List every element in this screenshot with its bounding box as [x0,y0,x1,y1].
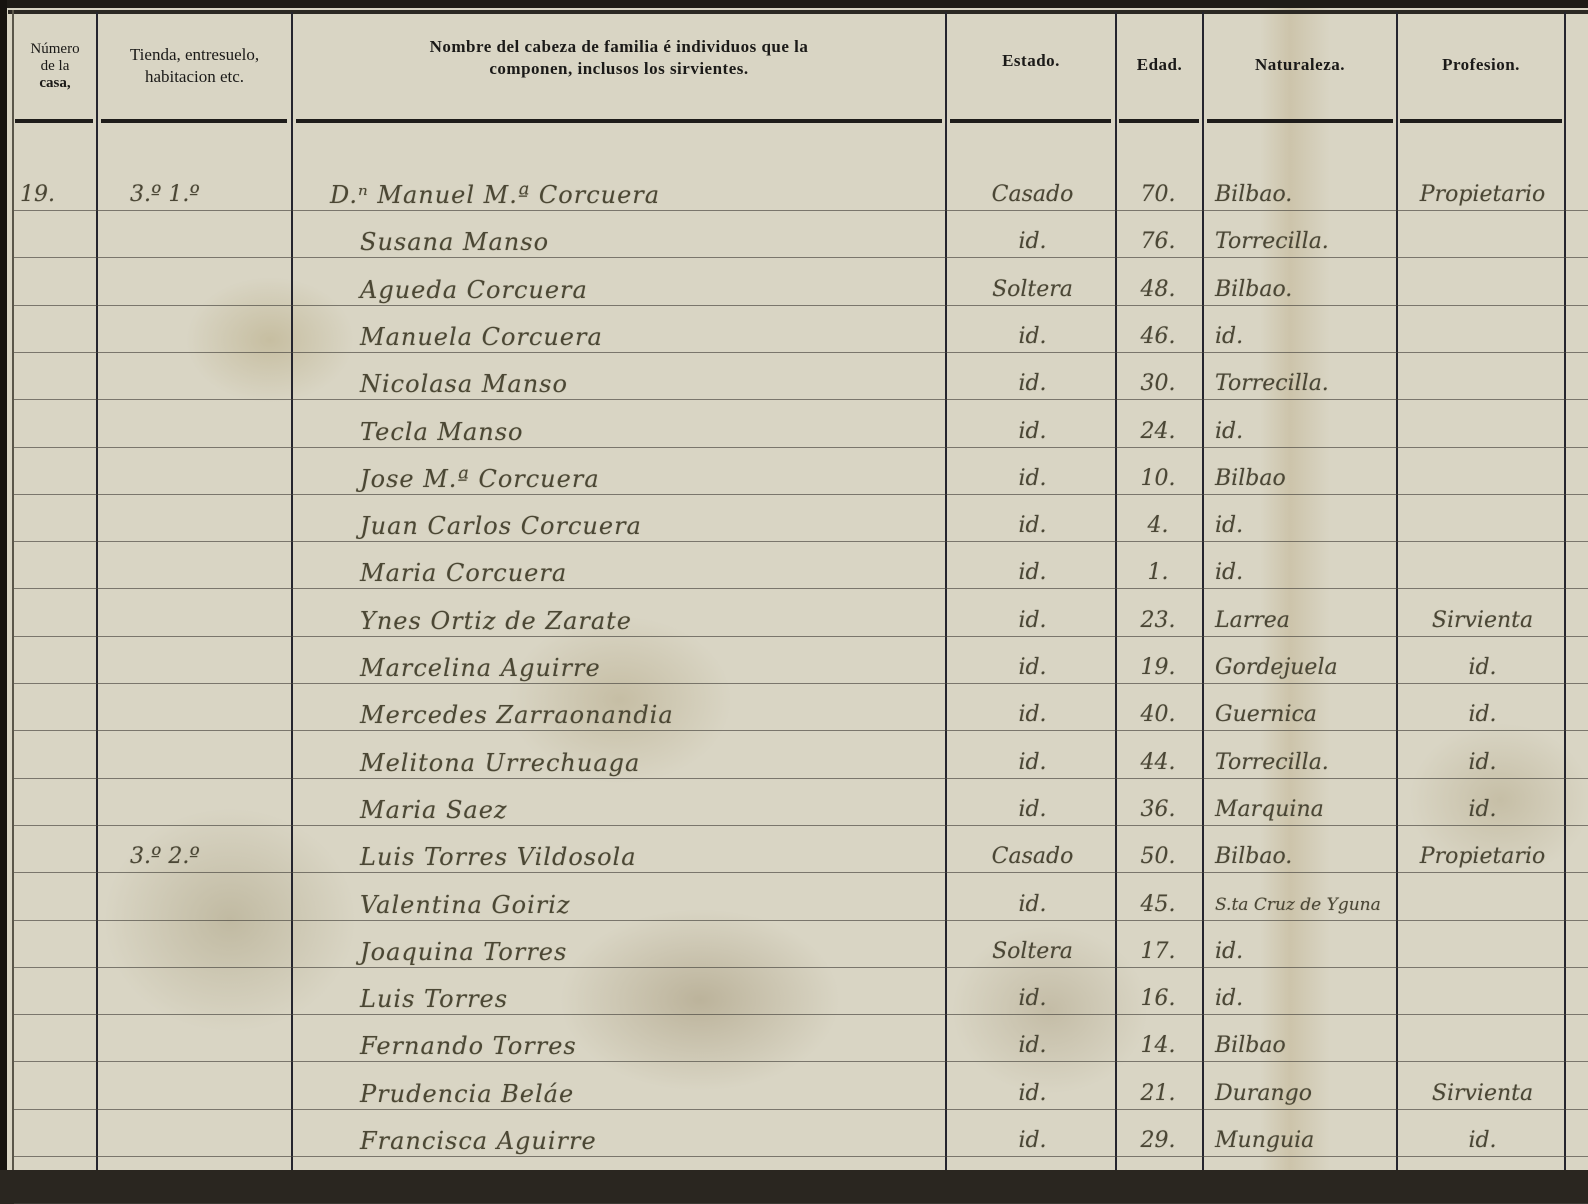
header-line: Nombre del cabeza de familia é individuo… [430,36,809,58]
cell-naturaleza: Bilbao. [1215,840,1395,874]
cell-profesion [1400,888,1565,922]
header-underline [296,119,942,123]
cell-nombre: Fernando Torres [330,1029,960,1063]
cell-edad: 45. [1118,888,1198,922]
header-underline [1400,119,1562,123]
cell-tienda [130,698,280,732]
cell-nombre: Maria Corcuera [330,556,960,590]
cell-naturaleza: Bilbao. [1215,178,1395,212]
cell-estado: Soltera [950,273,1115,307]
cell-profesion: id. [1400,651,1565,685]
cell-naturaleza: Bilbao. [1215,273,1395,307]
cell-numero [20,793,90,827]
cell-numero [20,415,90,449]
cell-estado: id. [950,793,1115,827]
cell-nombre: Marcelina Aguirre [330,651,960,685]
cell-naturaleza: Bilbao [1215,1029,1395,1063]
cell-nombre: Jose M.ª Corcuera [330,462,960,496]
top-edge-shadow [0,0,1588,8]
cell-tienda [130,982,280,1016]
column-divider [1202,12,1204,1170]
header-underline [101,119,287,123]
header-edad: Edad. [1117,16,1202,116]
cell-tienda [130,793,280,827]
cell-tienda [130,556,280,590]
header-underline [15,119,93,123]
cell-profesion [1400,1029,1565,1063]
column-divider [1396,12,1398,1170]
header-profesion: Profesion. [1398,16,1564,116]
header-naturaleza: Naturaleza. [1204,16,1396,116]
header-underline [950,119,1111,123]
cell-numero [20,556,90,590]
cell-numero: 19. [20,178,90,212]
cell-tienda [130,604,280,638]
cell-nombre: Juan Carlos Corcuera [330,509,960,543]
cell-estado: id. [950,1077,1115,1111]
header-underline [1207,119,1393,123]
cell-profesion [1400,556,1565,590]
cell-tienda [130,1124,280,1158]
cell-estado: id. [950,1029,1115,1063]
cell-profesion: id. [1400,698,1565,732]
cell-nombre: Manuela Corcuera [330,320,960,354]
column-divider [1115,12,1117,1170]
cell-nombre: Agueda Corcuera [330,273,960,307]
cell-edad: 70. [1118,178,1198,212]
cell-profesion [1400,935,1565,969]
column-divider [291,12,293,1170]
cell-numero [20,982,90,1016]
cell-numero [20,1029,90,1063]
cell-edad: 76. [1118,225,1198,259]
cell-edad: 16. [1118,982,1198,1016]
cell-profesion [1400,273,1565,307]
cell-tienda [130,935,280,969]
cell-edad: 21. [1118,1077,1198,1111]
cell-estado: id. [950,651,1115,685]
cell-numero [20,509,90,543]
cell-profesion [1400,509,1565,543]
cell-tienda [130,462,280,496]
cell-nombre: Ynes Ortiz de Zarate [330,604,960,638]
cell-nombre: Nicolasa Manso [330,367,960,401]
header-tienda: Tienda, entresuelo, habitacion etc. [98,16,291,116]
header-line: componen, inclusos los sirvientes. [430,58,809,80]
cell-profesion [1400,415,1565,449]
cell-tienda: 3.º 2.º [130,840,280,874]
header-line: de la [30,58,79,75]
header-line: Tienda, entresuelo, [130,44,259,66]
cell-nombre: Prudencia Beláe [330,1077,960,1111]
cell-numero [20,1124,90,1158]
cell-edad: 44. [1118,746,1198,780]
header-line: Número [30,41,79,58]
cell-numero [20,225,90,259]
cell-estado: id. [950,1124,1115,1158]
cell-edad: 40. [1118,698,1198,732]
cell-estado: id. [950,982,1115,1016]
cell-edad: 36. [1118,793,1198,827]
cell-profesion: Propietario [1400,840,1565,874]
cell-numero [20,1077,90,1111]
cell-profesion: id. [1400,793,1565,827]
cell-tienda [130,367,280,401]
cell-naturaleza: S.ta Cruz de Yguna [1215,888,1395,922]
cell-naturaleza: Guernica [1215,698,1395,732]
cell-tienda [130,746,280,780]
cell-naturaleza: Gordejuela [1215,651,1395,685]
column-divider [96,12,98,1170]
cell-edad: 30. [1118,367,1198,401]
header-underline [1119,119,1199,123]
header-nombre: Nombre del cabeza de familia é individuo… [293,16,945,116]
header-line: casa, [30,75,79,92]
cell-nombre: Tecla Manso [330,415,960,449]
cell-nombre: Francisca Aguirre [330,1124,960,1158]
cell-profesion [1400,982,1565,1016]
cell-estado: Soltera [950,935,1115,969]
cell-estado: id. [950,556,1115,590]
cell-tienda [130,509,280,543]
cell-estado: id. [950,509,1115,543]
cell-nombre: Luis Torres Vildosola [330,840,960,874]
cell-naturaleza: id. [1215,320,1395,354]
cell-tienda [130,225,280,259]
cell-nombre: Valentina Goiriz [330,888,960,922]
cell-numero [20,320,90,354]
cell-numero [20,746,90,780]
cell-numero [20,604,90,638]
cell-naturaleza: id. [1215,556,1395,590]
cell-estado: id. [950,698,1115,732]
header-numero-de-la-casa: Número de la casa, [14,16,96,116]
cell-naturaleza: Torrecilla. [1215,367,1395,401]
cell-naturaleza: id. [1215,415,1395,449]
cell-numero [20,698,90,732]
cell-naturaleza: Bilbao [1215,462,1395,496]
cell-nombre: D.ⁿ Manuel M.ª Corcuera [330,178,930,212]
cell-naturaleza: Durango [1215,1077,1395,1111]
cell-numero [20,273,90,307]
cell-numero [20,651,90,685]
cell-naturaleza: id. [1215,509,1395,543]
cell-naturaleza: Munguia [1215,1124,1395,1158]
cell-estado: Casado [950,178,1115,212]
cell-estado: id. [950,888,1115,922]
cell-profesion [1400,225,1565,259]
cell-numero [20,462,90,496]
cell-profesion: id. [1400,746,1565,780]
cell-numero [20,840,90,874]
cell-edad: 23. [1118,604,1198,638]
cell-tienda [130,320,280,354]
left-border-rule [12,10,14,1170]
cell-naturaleza: Torrecilla. [1215,746,1395,780]
cell-tienda [130,273,280,307]
left-edge-shadow [0,0,7,1170]
cell-profesion: Sirvienta [1400,604,1565,638]
cell-estado: id. [950,367,1115,401]
cell-naturaleza: Larrea [1215,604,1395,638]
top-border-rule [8,10,1588,14]
cell-edad: 46. [1118,320,1198,354]
cell-estado: id. [950,746,1115,780]
census-page: Número de la casa, Tienda, entresuelo, h… [0,0,1588,1170]
cell-profesion [1400,367,1565,401]
cell-tienda [130,888,280,922]
cell-tienda [130,1077,280,1111]
header-estado: Estado. [947,16,1115,116]
cell-naturaleza: id. [1215,982,1395,1016]
cell-edad: 48. [1118,273,1198,307]
cell-nombre: Susana Manso [330,225,960,259]
cell-profesion [1400,462,1565,496]
cell-numero [20,888,90,922]
cell-naturaleza: Torrecilla. [1215,225,1395,259]
cell-nombre: Joaquina Torres [330,935,960,969]
cell-edad: 10. [1118,462,1198,496]
cell-estado: Casado [950,840,1115,874]
cell-estado: id. [950,320,1115,354]
cell-nombre: Maria Saez [330,793,960,827]
header-line: habitacion etc. [130,66,259,88]
cell-edad: 19. [1118,651,1198,685]
cell-edad: 24. [1118,415,1198,449]
cell-naturaleza: Marquina [1215,793,1395,827]
cell-edad: 17. [1118,935,1198,969]
cell-tienda [130,1029,280,1063]
cell-edad: 1. [1118,556,1198,590]
cell-numero [20,367,90,401]
cell-edad: 29. [1118,1124,1198,1158]
cell-nombre: Melitona Urrechuaga [330,746,960,780]
cell-naturaleza: id. [1215,935,1395,969]
cell-profesion [1400,320,1565,354]
cell-edad: 4. [1118,509,1198,543]
cell-tienda [130,651,280,685]
cell-estado: id. [950,604,1115,638]
cell-estado: id. [950,225,1115,259]
cell-nombre: Luis Torres [330,982,960,1016]
cell-tienda [130,415,280,449]
cell-estado: id. [950,415,1115,449]
cell-profesion: Sirvienta [1400,1077,1565,1111]
cell-numero [20,935,90,969]
cell-tienda: 3.º 1.º [130,178,280,212]
cell-nombre: Mercedes Zarraonandia [330,698,960,732]
cell-profesion: id. [1400,1124,1565,1158]
cell-edad: 14. [1118,1029,1198,1063]
cell-estado: id. [950,462,1115,496]
cell-edad: 50. [1118,840,1198,874]
cell-profesion: Propietario [1400,178,1565,212]
